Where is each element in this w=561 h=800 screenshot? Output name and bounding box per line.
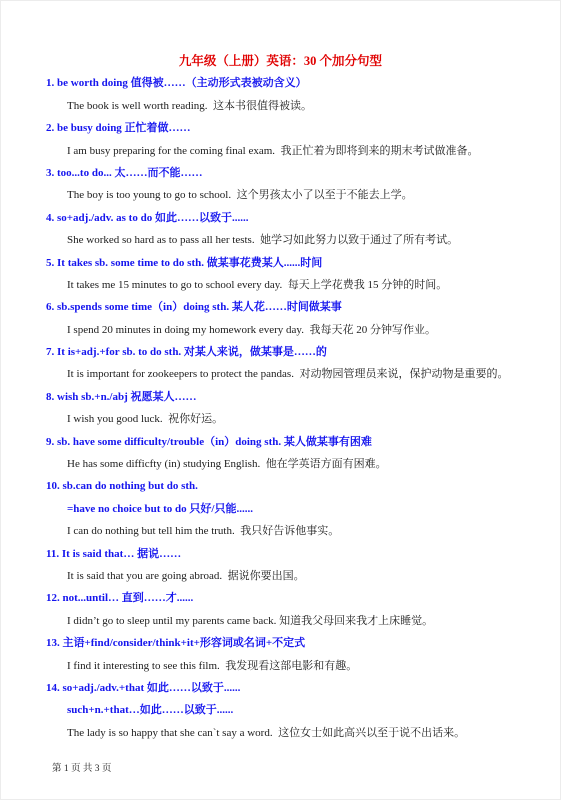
pattern-heading: 14. so+adj./adv.+that 如此……以致于...... [46,677,561,699]
pattern-heading: such+n.+that…如此……以致于...... [67,699,561,721]
pattern-heading: 4. so+adj./adv. as to do 如此……以致于...... [46,207,561,229]
pattern-heading: 11. It is said that… 据说…… [46,543,561,565]
pattern-example: It takes me 15 minutes to go to school e… [67,274,561,296]
pattern-example: It is important for zookeepers to protec… [67,363,561,385]
pattern-heading: 3. too...to do... 太……而不能…… [46,162,561,184]
pattern-example: The book is well worth reading. 这本书很值得被读… [67,95,561,117]
pattern-example: It is said that you are going abroad. 据说… [67,565,561,587]
pattern-heading: =have no choice but to do 只好/只能...... [67,498,561,520]
pattern-example: I can do nothing but tell him the truth.… [67,520,561,542]
pattern-heading: 9. sb. have some difficulty/trouble（in）d… [46,431,561,453]
pattern-heading: 2. be busy doing 正忙着做…… [46,117,561,139]
pattern-example: She worked so hard as to pass all her te… [67,229,561,251]
pattern-heading: 8. wish sb.+n./abj 祝愿某人…… [46,386,561,408]
pattern-heading: 7. It is+adj.+for sb. to do sth. 对某人来说，做… [46,341,561,363]
pattern-heading: 1. be worth doing 值得被……（主动形式表被动含义） [46,72,561,94]
pattern-heading: 5. It takes sb. some time to do sth. 做某事… [46,252,561,274]
patterns-list: 1. be worth doing 值得被……（主动形式表被动含义）The bo… [0,72,561,744]
pattern-example: The lady is so happy that she can`t say … [67,722,561,744]
pattern-example: I spend 20 minutes in doing my homework … [67,319,561,341]
pattern-example: I find it interesting to see this film. … [67,655,561,677]
pattern-example: I wish you good luck. 祝你好运。 [67,408,561,430]
document-content: 九年级（上册）英语：30 个加分句型 1. be worth doing 值得被… [0,0,561,744]
page-footer: 第 1 页 共 3 页 [52,760,111,774]
pattern-heading: 6. sb.spends some time（in）doing sth. 某人花… [46,296,561,318]
pattern-heading: 10. sb.can do nothing but do sth. [46,475,561,497]
pattern-example: He has some difficfty (in) studying Engl… [67,453,561,475]
document-page: 九年级（上册）英语：30 个加分句型 1. be worth doing 值得被… [0,0,561,800]
page-title: 九年级（上册）英语：30 个加分句型 [0,50,561,72]
pattern-heading: 12. not...until… 直到……才...... [46,587,561,609]
pattern-heading: 13. 主语+find/consider/think+it+形容词或名词+不定式 [46,632,561,654]
pattern-example: The boy is too young to go to school. 这个… [67,184,561,206]
pattern-example: I am busy preparing for the coming final… [67,140,561,162]
pattern-example: I didn’t go to sleep until my parents ca… [67,610,561,632]
